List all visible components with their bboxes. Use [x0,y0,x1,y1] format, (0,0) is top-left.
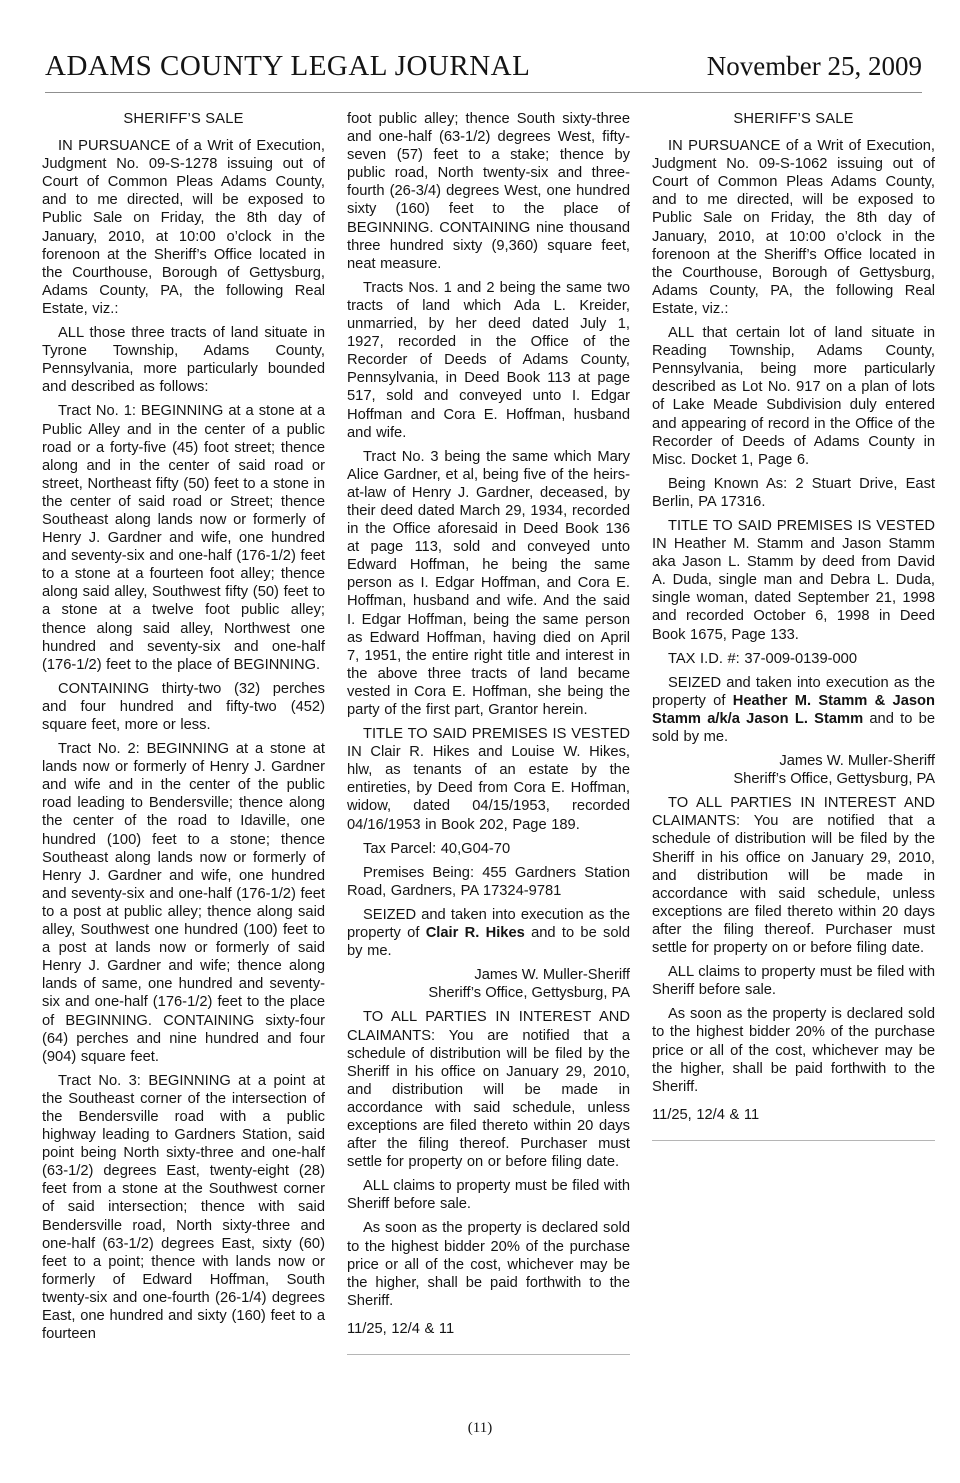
paragraph: ALL those three tracts of land situate i… [42,324,325,396]
paragraph: Tract No. 3: BEGINNING at a point at the… [42,1072,325,1343]
sheriff-name: James W. Muller-Sheriff [347,966,630,984]
issue-date: November 25, 2009 [707,51,922,82]
defendant-name: Clair R. Hikes [426,925,525,941]
seized-paragraph: SEIZED and taken into execution as the p… [652,674,935,746]
publication-dates: 11/25, 12/4 & 11 [347,1320,630,1338]
paragraph: As soon as the property is declared sold… [347,1219,630,1309]
paragraph: Tract No. 3 being the same which Mary Al… [347,448,630,719]
notice2-heading: SHERIFF’S SALE [652,110,935,128]
publication-dates: 11/25, 12/4 & 11 [652,1106,935,1124]
paragraph: TITLE TO SAID PREMISES IS VESTED IN Clai… [347,725,630,834]
sheriff-office: Sheriff’s Office, Gettysburg, PA [347,984,630,1002]
paragraph: TITLE TO SAID PREMISES IS VESTED IN Heat… [652,517,935,644]
paragraph: As soon as the property is declared sold… [652,1005,935,1095]
paragraph: ALL claims to property must be filed wit… [347,1177,630,1213]
sheriff-office: Sheriff’s Office, Gettysburg, PA [652,770,935,788]
section-divider [347,1354,630,1355]
tax-id: TAX I.D. #: 37-009-0139-000 [652,650,935,668]
page-number: (11) [0,1420,960,1437]
column-2: foot public alley; thence South sixty-th… [347,110,630,1355]
seized-paragraph: SEIZED and taken into execution as the p… [347,906,630,960]
paragraph: TO ALL PARTIES IN INTEREST AND CLAIMANTS… [652,794,935,957]
paragraph: ALL that certain lot of land situate in … [652,324,935,469]
paragraph: IN PURSUANCE of a Writ of Execution, Jud… [652,137,935,318]
paragraph: IN PURSUANCE of a Writ of Execution, Jud… [42,137,325,318]
content-columns: SHERIFF’S SALE IN PURSUANCE of a Writ of… [0,93,960,1355]
signature-block: James W. Muller-Sheriff Sheriff’s Office… [347,966,630,1002]
paragraph: Tracts Nos. 1 and 2 being the same two t… [347,279,630,442]
paragraph: TO ALL PARTIES IN INTEREST AND CLAIMANTS… [347,1008,630,1171]
paragraph: Tract No. 1: BEGINNING at a stone at a P… [42,402,325,673]
paragraph: ALL claims to property must be filed wit… [652,963,935,999]
paragraph: foot public alley; thence South sixty-th… [347,110,630,273]
tax-parcel: Tax Parcel: 40,G04-70 [347,840,630,858]
sheriff-name: James W. Muller-Sheriff [652,752,935,770]
notice1-heading: SHERIFF’S SALE [42,110,325,128]
journal-title: ADAMS COUNTY LEGAL JOURNAL [45,50,530,83]
paragraph: Tract No. 2: BEGINNING at a stone at lan… [42,740,325,1066]
page-header: ADAMS COUNTY LEGAL JOURNAL November 25, … [45,50,922,83]
column-1: SHERIFF’S SALE IN PURSUANCE of a Writ of… [42,110,325,1355]
paragraph: CONTAINING thirty-two (32) perches and f… [42,680,325,734]
premises-address: Premises Being: 455 Gardners Station Roa… [347,864,630,900]
column-3: SHERIFF’S SALE IN PURSUANCE of a Writ of… [652,110,935,1355]
section-divider [652,1140,935,1141]
signature-block: James W. Muller-Sheriff Sheriff’s Office… [652,752,935,788]
premises-address: Being Known As: 2 Stuart Drive, East Ber… [652,475,935,511]
